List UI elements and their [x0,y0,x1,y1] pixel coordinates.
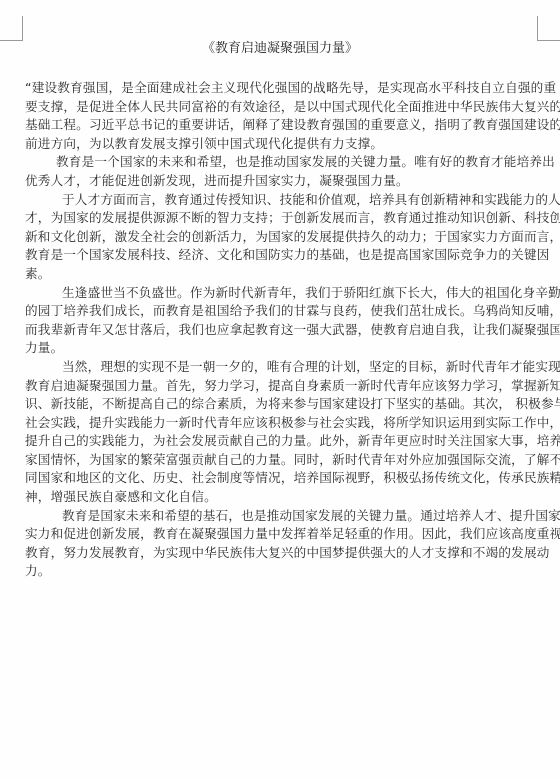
text-line: 力量。 [25,339,535,358]
text-line: 基础工程。习近平总书记的重要讲话，阐释了建设教育强国的重要意义，指明了教育强国建… [25,116,535,135]
text-line: 教育是国家未来和希望的基石，也是推动国家发展的关键力量。通过培养人才、提升国家 [25,507,535,526]
text-line: 家国情怀，为国家的繁荣富强贡献自己的力量。同时，新时代青年对外应加强国际交流，了… [25,451,535,470]
text-line: 教育是一个国家发展科技、经济、文化和国防实力的基础，也是提高国家国际竞争力的关键… [25,246,535,265]
document-body: “建设教育强国，是全面建成社会主义现代化强国的战略先导，是实现高水平科技自立自强… [25,79,535,581]
text-line: 才，为国家的发展提供源源不断的智力支持；于创新发展而言，教育通过推动知识创新、科… [25,209,535,228]
text-line: 于人才方面而言，教育通过传授知识、技能和价值观，培养具有创新精神和实践能力的人 [25,191,535,210]
text-line: 教育启迪凝聚强国力量。首先，努力学习，提高自身素质一新时代青年应该努力学习，掌握… [25,377,535,396]
text-line: 生逢盛世当不负盛世。作为新时代新青年，我们于骄阳红旗下长大，伟大的祖国化身辛勤 [25,284,535,303]
text-line: 教育，努力发展教育，为实现中华民族伟大复兴的中国梦提供强大的人才支撑和不竭的发展… [25,544,535,563]
text-line: 教育是一个国家的未来和希望，也是推动国家发展的关键力量。唯有好的教育才能培养出 [25,153,535,172]
paragraph-intro: “建设教育强国，是全面建成社会主义现代化强国的战略先导，是实现高水平科技自立自强… [25,79,535,153]
text-line: 素。 [25,265,535,284]
paragraph-action-plan: 当然，理想的实现不是一朝一夕的，唯有合理的计划，坚定的目标，新时代青年才能实现 … [25,358,535,507]
margin-corner-mark-top-left [0,16,23,41]
margin-corner-mark-top-right [537,16,560,41]
text-line: 优秀人才，才能促进创新发现，进而提升国家实力，凝聚强国力量。 [25,172,535,191]
text-line: 识、新技能，不断提高自己的综合素质，为将来参与国家建设打下坚实的基础。其次， 积… [25,395,535,414]
paragraph-conclusion: 教育是国家未来和希望的基石，也是推动国家发展的关键力量。通过培养人才、提升国家 … [25,507,535,581]
text-line: 提升自己的实践能力，为社会发展贡献自己的力量。此外，新青年更应时时关注国家大事，… [25,432,535,451]
text-line: 要支撑，是促进全体人民共同富裕的有效途径，是以中国式现代化全面推进中华民族伟大复… [25,98,535,117]
text-line: 前进方向，为以教育发展支撑引领中国式现代化提供有力支撑。 [25,135,535,154]
text-line: 的园丁培养我们成长，而教育是祖国给予我们的甘霖与良药，使我们茁壮成长。乌鸦尚知反… [25,302,535,321]
document-title: 《教育启迪凝聚强国力量》 [0,40,560,58]
paragraph-new-youth: 生逢盛世当不负盛世。作为新时代新青年，我们于骄阳红旗下长大，伟大的祖国化身辛勤 … [25,284,535,358]
text-line: 神，增强民族自豪感和文化自信。 [25,488,535,507]
paragraph-education-future: 教育是一个国家的未来和希望，也是推动国家发展的关键力量。唯有好的教育才能培养出 … [25,153,535,190]
text-line: 实力和促进创新发展，教育在凝聚强国力量中发挥着举足轻重的作用。因此，我们应该高度… [25,525,535,544]
document-page: 《教育启迪凝聚强国力量》 “建设教育强国，是全面建成社会主义现代化强国的战略先导… [0,0,560,781]
text-line: 而我辈新青年又怎甘落后，我们也应拿起教育这一强大武器，使教育启迪自我，让我们凝聚… [25,321,535,340]
text-line: 新和文化创新，激发全社会的创新活力，为国家的发展提供持久的动力；于国家实力方面而… [25,228,535,247]
text-line: 社会实践，提升实践能力一新时代青年应该积极参与社会实践，将所学知识运用到实际工作… [25,414,535,433]
text-line: 同国家和地区的文化、历史、社会制度等情况，培养国际视野，积极弘扬传统文化，传承民… [25,469,535,488]
paragraph-talent-innovation: 于人才方面而言，教育通过传授知识、技能和价值观，培养具有创新精神和实践能力的人 … [25,191,535,284]
text-line: 当然，理想的实现不是一朝一夕的，唯有合理的计划，坚定的目标，新时代青年才能实现 [25,358,535,377]
text-line: “建设教育强国，是全面建成社会主义现代化强国的战略先导，是实现高水平科技自立自强… [25,79,535,98]
text-line: 力。 [25,562,535,581]
